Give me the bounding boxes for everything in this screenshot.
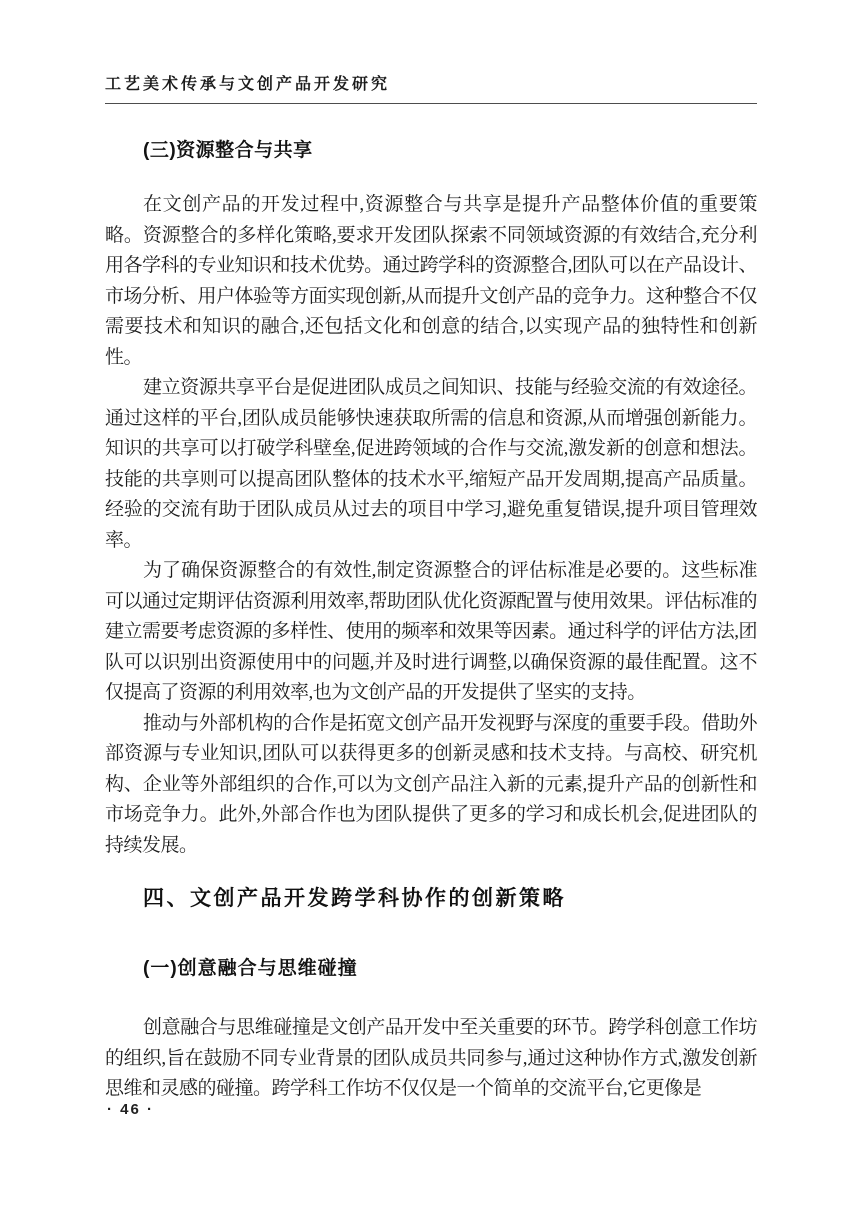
chapter-heading-interdisciplinary-strategy: 四、文创产品开发跨学科协作的创新策略 — [105, 887, 757, 911]
document-page: 工艺美术传承与文创产品开发研究 (三)资源整合与共享 在文创产品的开发过程中,资… — [0, 0, 860, 1208]
running-header-title: 工艺美术传承与文创产品开发研究 — [105, 76, 757, 104]
page-number: · 46 · — [107, 1101, 154, 1118]
section-heading-resource-integration: (三)资源整合与共享 — [105, 140, 757, 162]
paragraph: 推动与外部机构的合作是拓宽文创产品开发视野与深度的重要手段。借助外部资源与专业知… — [105, 709, 757, 862]
section-heading-creative-fusion: (一)创意融合与思维碰撞 — [105, 958, 757, 979]
paragraph: 创意融合与思维碰撞是文创产品开发中至关重要的环节。跨学科创意工作坊的组织,旨在鼓… — [105, 1013, 757, 1105]
paragraph: 为了确保资源整合的有效性,制定资源整合的评估标准是必要的。这些标准可以通过定期评… — [105, 556, 757, 709]
page-body: (三)资源整合与共享 在文创产品的开发过程中,资源整合与共享是提升产品整体价值的… — [105, 140, 757, 1105]
paragraph: 在文创产品的开发过程中,资源整合与共享是提升产品整体价值的重要策略。资源整合的多… — [105, 190, 757, 373]
page-header: 工艺美术传承与文创产品开发研究 — [105, 76, 757, 104]
paragraph: 建立资源共享平台是促进团队成员之间知识、技能与经验交流的有效途径。通过这样的平台… — [105, 373, 757, 556]
